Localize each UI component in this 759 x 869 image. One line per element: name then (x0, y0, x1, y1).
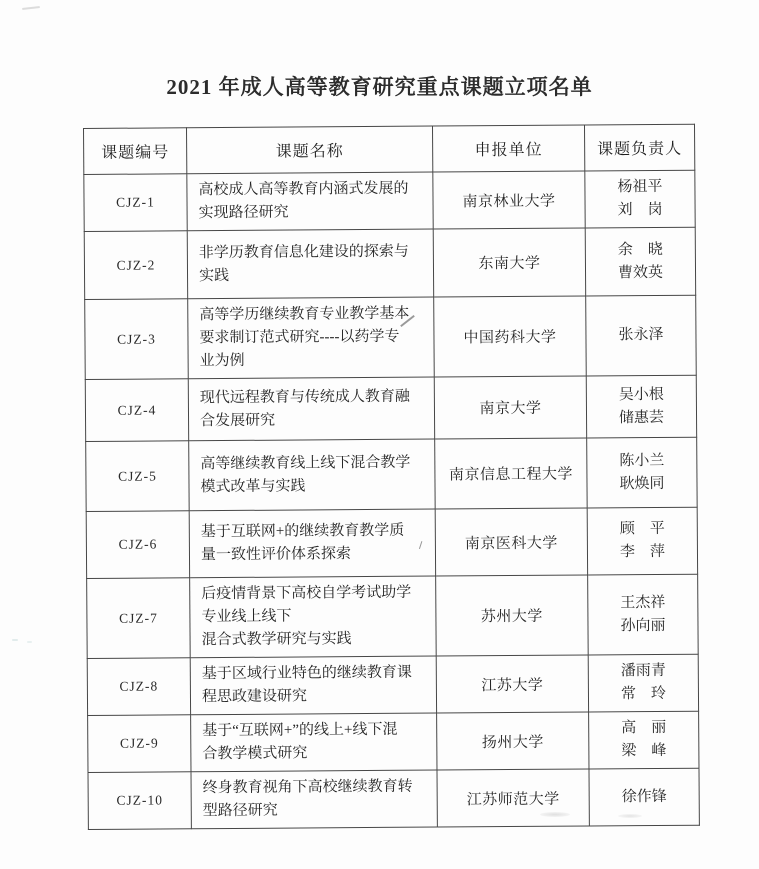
project-code-cell: CJZ-2 (84, 231, 187, 300)
project-leader-cell: 张永泽 (586, 295, 697, 376)
project-title-cell: 高校成人高等教育内涵式发展的 实现路径研究 (187, 172, 433, 231)
project-title-cell: 基于“互联网+”的线上+线下混 合教学模式研究 (191, 713, 437, 772)
project-code-cell: CJZ-3 (85, 299, 189, 380)
project-title-cell: 非学历教育信息化建设的探索与 实践 (187, 229, 433, 299)
header-project-title: 课题名称 (187, 126, 433, 174)
applicant-unit-cell: 南京大学 (434, 376, 586, 439)
project-leader-cell: 陈小兰 耿焕同 (587, 437, 697, 508)
project-code-cell: CJZ-6 (86, 511, 189, 579)
project-leader-cell: 顾 平 李 萍 (587, 507, 697, 575)
applicant-unit-cell: 东南大学 (433, 228, 585, 297)
table-row: CJZ-8基于区域行业特色的继续教育课 程思政建设研究江苏大学潘雨青 常 玲 (87, 654, 698, 715)
applicant-unit-cell: 扬州大学 (437, 712, 589, 770)
project-code-cell: CJZ-4 (85, 379, 188, 442)
project-code-cell: CJZ-5 (86, 441, 189, 512)
table-row: CJZ-1高校成人高等教育内涵式发展的 实现路径研究南京林业大学杨祖平 刘 岗 (84, 170, 695, 231)
applicant-unit-cell: 江苏大学 (436, 655, 588, 713)
table-row: CJZ-9基于“互联网+”的线上+线下混 合教学模式研究扬州大学高 丽 梁 峰 (88, 711, 699, 772)
project-title-cell: 高等继续教育线上线下混合教学 模式改革与实践 (189, 439, 435, 511)
applicant-unit-cell: 中国药科大学 (434, 296, 587, 377)
project-code-cell: CJZ-9 (88, 715, 191, 773)
scan-artifact-speck (27, 641, 32, 643)
applicant-unit-cell: 江苏师范大学 (437, 769, 589, 827)
header-project-code: 课题编号 (84, 128, 187, 175)
project-leader-cell: 余 晓 曹效英 (585, 227, 695, 296)
table-row: CJZ-6基于互联网+的继续教育教学质 量一致性评价体系探索南京医科大学顾 平 … (86, 507, 697, 578)
project-leader-cell: 徐作锋 (589, 768, 699, 826)
header-project-leader: 课题负责人 (584, 124, 694, 171)
project-leader-cell: 潘雨青 常 玲 (588, 654, 698, 712)
table-row: CJZ-7后疫情背景下高校自学考试助学 专业线上线下 混合式教学研究与实践苏州大… (87, 574, 699, 658)
project-title-cell: 基于互联网+的继续教育教学质 量一致性评价体系探索 (189, 509, 435, 578)
project-leader-cell: 王杰祥 孙向丽 (588, 574, 699, 655)
table-row: CJZ-3高等学历继续教育专业教学基本 要求制订范式研究----以药学专 业为例… (85, 295, 697, 379)
project-leader-cell: 高 丽 梁 峰 (589, 711, 699, 769)
table-row: CJZ-2非学历教育信息化建设的探索与 实践东南大学余 晓 曹效英 (84, 227, 695, 299)
project-title-cell: 现代远程教育与传统成人教育融 合发展研究 (188, 377, 434, 441)
project-title-cell: 终身教育视角下高校继续教育转 型路径研究 (191, 770, 437, 829)
project-code-cell: CJZ-10 (88, 772, 191, 830)
header-applicant-unit: 申报单位 (432, 125, 584, 172)
project-title-cell: 后疫情背景下高校自学考试助学 专业线上线下 混合式教学研究与实践 (190, 576, 437, 658)
table-header: 课题编号 课题名称 申报单位 课题负责人 (84, 124, 695, 174)
scan-artifact-speck (12, 639, 18, 641)
header-row: 课题编号 课题名称 申报单位 课题负责人 (84, 124, 695, 174)
scan-artifact-corner-smudge (22, 6, 40, 10)
project-code-cell: CJZ-1 (84, 174, 187, 232)
applicant-unit-cell: 南京医科大学 (435, 508, 587, 576)
table-row: CJZ-4现代远程教育与传统成人教育融 合发展研究南京大学吴小根 储惠芸 (85, 375, 696, 441)
table-body: CJZ-1高校成人高等教育内涵式发展的 实现路径研究南京林业大学杨祖平 刘 岗C… (84, 170, 700, 829)
project-code-cell: CJZ-8 (87, 658, 190, 716)
applicant-unit-cell: 苏州大学 (436, 575, 589, 656)
applicant-unit-cell: 南京信息工程大学 (435, 438, 587, 509)
project-leader-cell: 吴小根 储惠芸 (586, 375, 696, 438)
project-title-cell: 高等学历继续教育专业教学基本 要求制订范式研究----以药学专 业为例 (188, 297, 435, 379)
table-row: CJZ-5高等继续教育线上线下混合教学 模式改革与实践南京信息工程大学陈小兰 耿… (86, 437, 697, 511)
document-title: 2021 年成人高等教育研究重点课题立项名单 (0, 71, 759, 101)
project-approval-table: 课题编号 课题名称 申报单位 课题负责人 CJZ-1高校成人高等教育内涵式发展的… (83, 124, 700, 830)
scanned-document-page: 2021 年成人高等教育研究重点课题立项名单 课题编号 课题名称 申报单位 课题… (0, 0, 759, 869)
project-leader-cell: 杨祖平 刘 岗 (585, 170, 695, 228)
table-row: CJZ-10终身教育视角下高校继续教育转 型路径研究江苏师范大学徐作锋 (88, 768, 699, 829)
project-code-cell: CJZ-7 (87, 578, 191, 659)
applicant-unit-cell: 南京林业大学 (433, 171, 585, 229)
project-title-cell: 基于区域行业特色的继续教育课 程思政建设研究 (190, 656, 436, 715)
